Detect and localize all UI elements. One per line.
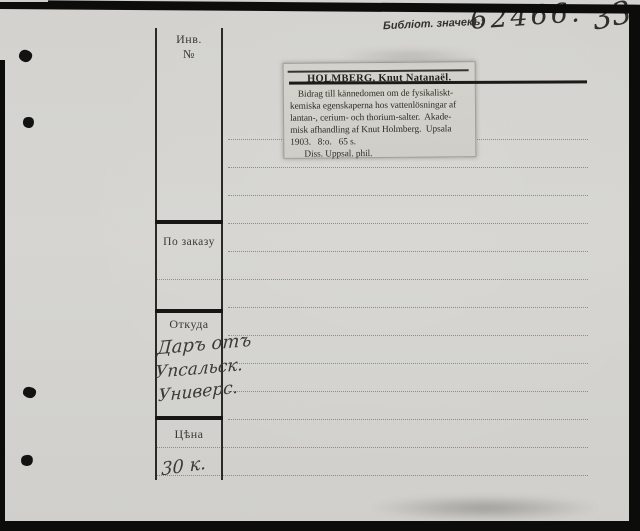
scanned-catalog-card: Инв. № По заказу Откуда Цѣна HOLMBERG, K… — [0, 0, 640, 531]
ruled-line — [228, 195, 588, 196]
ruled-line — [228, 391, 588, 392]
ink-dot — [18, 49, 34, 64]
ink-dot — [22, 386, 36, 399]
ink-dot — [20, 454, 34, 468]
ruled-line — [228, 251, 588, 252]
column-divider-bar — [155, 309, 223, 313]
ruled-line — [228, 167, 588, 168]
ruled-line — [228, 363, 588, 364]
ruled-line — [228, 419, 588, 420]
price-handwriting: 30 к. — [161, 453, 206, 480]
column-left-line — [155, 28, 157, 480]
catalog-slip: HOLMBERG, Knut Natanaël. Bidrag till kän… — [283, 61, 477, 159]
inventory-label-line2: № — [155, 47, 223, 62]
scan-frame-right — [629, 10, 640, 531]
ruled-line — [228, 307, 588, 308]
origin-handwriting-line3: Универс. — [158, 378, 238, 407]
ruled-line — [228, 223, 588, 224]
scan-frame-left — [0, 60, 5, 531]
slip-heading-underline — [289, 80, 587, 84]
ink-dot — [22, 116, 35, 129]
scan-frame-bottom — [0, 521, 640, 531]
slip-dissertation-note: Diss. Uppsal. phil. — [304, 147, 486, 161]
column-divider-bar — [155, 416, 223, 420]
ruled-line — [228, 335, 588, 336]
scan-smudge — [340, 48, 480, 64]
scan-smudge — [370, 495, 600, 521]
price-label: Цѣна — [155, 427, 223, 442]
order-label: По заказу — [155, 236, 223, 248]
column-divider-bar — [155, 220, 223, 224]
inventory-label-line1: Инв. — [155, 32, 223, 47]
origin-label: Откуда — [155, 317, 223, 332]
column-right-line — [221, 28, 223, 480]
scan-frame-sliver — [0, 0, 48, 2]
